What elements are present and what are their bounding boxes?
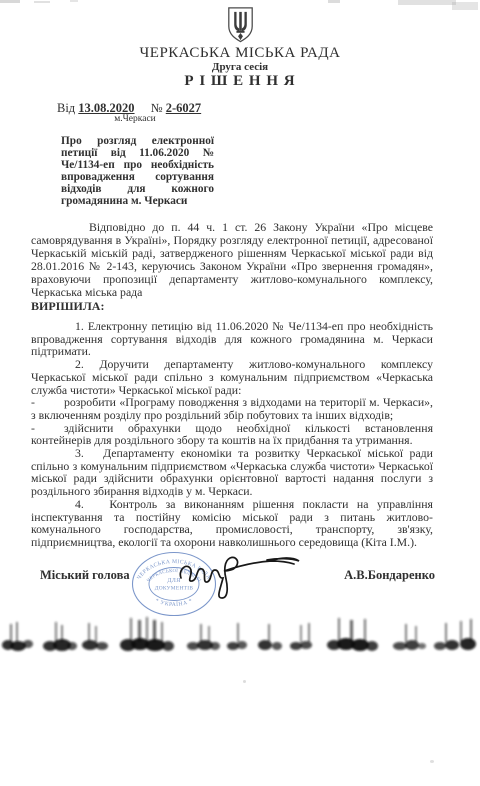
subject-block: Про розгляд електронної петиції від 11.0…	[61, 136, 214, 207]
scan-speck	[430, 760, 434, 763]
subitem-text: розробити «Програму поводження з відхода…	[31, 395, 433, 422]
resolution-subitem-2: -здійснити обрахунки щодо необхідної кіл…	[31, 422, 433, 447]
official-title: Міський голова	[40, 568, 130, 583]
resolution-item-1: 1. Електронну петицію від 11.06.2020 № Ч…	[31, 320, 433, 358]
number-sign: №	[151, 101, 163, 115]
date-prefix: Від	[57, 101, 75, 115]
document-number: 2-6027	[166, 101, 201, 115]
official-name: А.В.Бондаренко	[344, 568, 435, 583]
scan-noise-band	[0, 612, 480, 664]
subitem-text: здійснити обрахунки щодо необхідної кіль…	[31, 421, 433, 448]
resolution-subitem-1: -розробити «Програму поводження з відход…	[31, 396, 433, 421]
resolution-item-4: 4. Контроль за виконанням рішення поклас…	[31, 498, 433, 549]
city-label: м.Черкаси	[100, 114, 170, 124]
scan-speck	[243, 680, 246, 683]
organization-name: ЧЕРКАСЬКА МІСЬКА РАДА	[0, 45, 480, 62]
date-value: 13.08.2020	[78, 101, 134, 115]
document-page: ЧЕРКАСЬКА МІСЬКА РАДА Друга сесія Р І Ш …	[0, 0, 480, 786]
document-type-heading: Р І Ш Е Н Н Я	[0, 73, 480, 90]
resolution-items: 1. Електронну петицію від 11.06.2020 № Ч…	[31, 320, 433, 549]
session-label: Друга сесія	[0, 61, 480, 73]
preamble-paragraph: Відповідно до п. 44 ч. 1 ст. 26 Закону У…	[31, 221, 433, 299]
resolved-label: ВИРІШИЛА:	[31, 299, 104, 314]
resolution-item-3: 3. Департаменту економіки та розвитку Че…	[31, 447, 433, 498]
coat-of-arms-ukraine-icon	[0, 6, 480, 43]
handwritten-signature	[175, 546, 305, 604]
resolution-item-2: 2. Доручити департаменту житлово-комунал…	[31, 358, 433, 396]
